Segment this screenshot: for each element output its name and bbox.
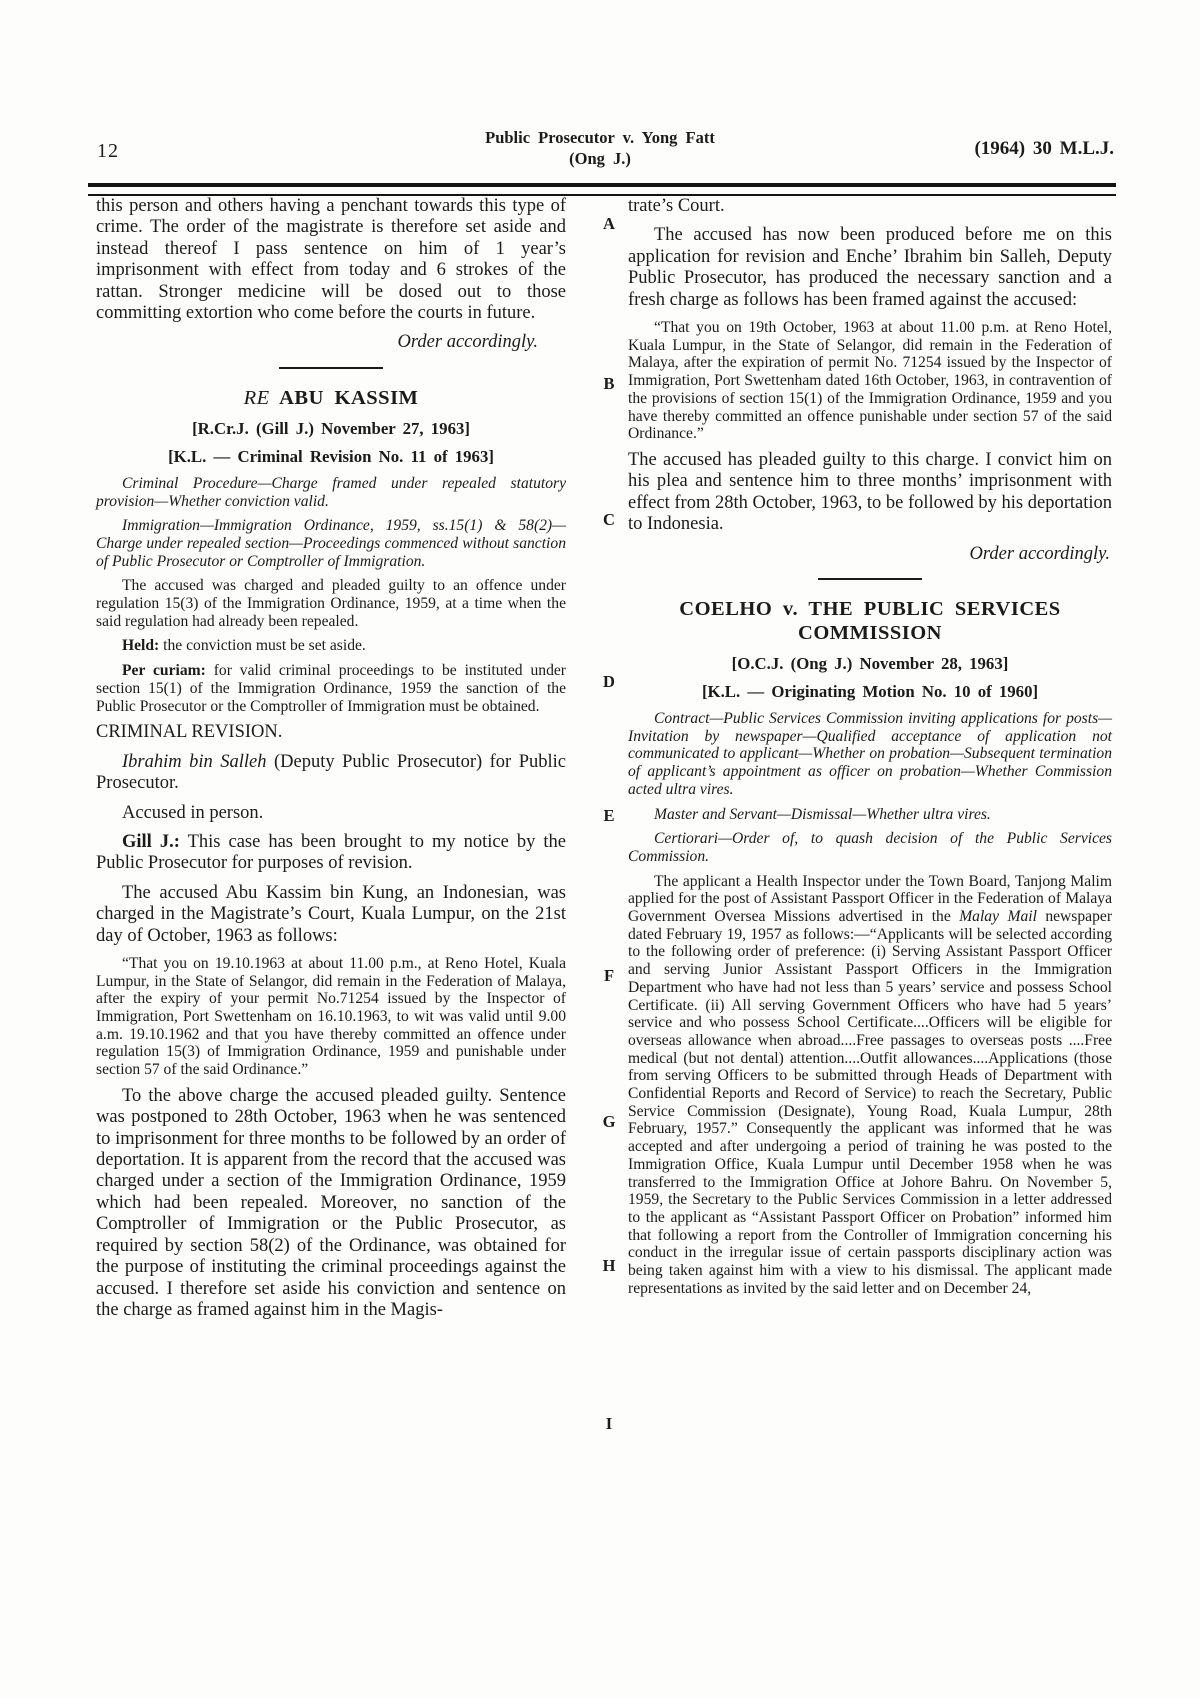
held-paragraph: Held: the conviction must be set aside.	[96, 637, 566, 655]
section-divider	[818, 578, 922, 580]
left-column: this person and others having a penchant…	[96, 196, 566, 1329]
headnote-paragraph: Certiorari—Order of, to quash decision o…	[628, 830, 1112, 865]
right-column: trate’s Court.The accused has now been p…	[628, 196, 1112, 1329]
registry-line: [K.L. — Originating Motion No. 10 of 196…	[628, 682, 1112, 702]
judgment-paragraph: To the above charge the accused pleaded …	[96, 1086, 566, 1321]
body-paragraph: this person and others having a penchant…	[96, 196, 566, 324]
judgment-paragraph: The accused has now been produced before…	[628, 225, 1112, 311]
headnote-paragraph: Immigration—Immigration Ordinance, 1959,…	[96, 517, 566, 570]
text-columns: this person and others having a penchant…	[96, 196, 1112, 1329]
judgment-paragraph: The accused has pleaded guilty to this c…	[628, 450, 1112, 536]
per-curiam-paragraph: Per curiam: for valid criminal proceedin…	[96, 662, 566, 715]
margin-letter-I: I	[598, 1414, 620, 1434]
order-accordingly-line: Order accordingly.	[96, 332, 566, 353]
counsel-line: Ibrahim bin Salleh (Deputy Public Prosec…	[96, 752, 566, 795]
facts-paragraph: The applicant a Health Inspector under t…	[628, 873, 1112, 1298]
column-gutter	[566, 196, 628, 1329]
running-head-case-name: Public Prosecutor v. Yong Fatt	[300, 128, 900, 148]
case-title: COELHO v. THE PUBLIC SERVICES COMMISSION	[628, 597, 1112, 645]
appearance-line: Accused in person.	[96, 803, 566, 824]
running-head: Public Prosecutor v. Yong Fatt (Ong J.)	[300, 128, 900, 169]
registry-line: [K.L. — Criminal Revision No. 11 of 1963…	[96, 447, 566, 467]
running-head-judge: (Ong J.)	[300, 149, 900, 169]
judgment-paragraph: Gill J.: This case has been brought to m…	[96, 832, 566, 875]
headnote-paragraph: Master and Servant—Dismissal—Whether ult…	[628, 806, 1112, 824]
section-divider	[279, 367, 383, 369]
judgment-paragraph: The accused Abu Kassim bin Kung, an Indo…	[96, 883, 566, 947]
charge-quote: “That you on 19th October, 1963 at about…	[628, 319, 1112, 443]
coram-line: [O.C.J. (Ong J.) November 28, 1963]	[628, 654, 1112, 674]
case-title: RE ABU KASSIM	[96, 386, 566, 410]
body-paragraph: trate’s Court.	[628, 196, 1112, 217]
headnote-summary: The accused was charged and pleaded guil…	[96, 577, 566, 630]
header-double-rule	[88, 183, 1116, 196]
page-number: 12	[97, 140, 119, 163]
law-report-page: 12 Public Prosecutor v. Yong Fatt (Ong J…	[0, 0, 1200, 1698]
volume-citation: (1964) 30 M.L.J.	[974, 138, 1114, 160]
proceeding-type-line: CRIMINAL REVISION.	[96, 722, 566, 743]
headnote-paragraph: Contract—Public Services Commission invi…	[628, 710, 1112, 799]
order-accordingly-line: Order accordingly.	[628, 544, 1112, 565]
coram-line: [R.Cr.J. (Gill J.) November 27, 1963]	[96, 419, 566, 439]
charge-quote: “That you on 19.10.1963 at about 11.00 p…	[96, 955, 566, 1079]
headnote-paragraph: Criminal Procedure—Charge framed under r…	[96, 475, 566, 510]
